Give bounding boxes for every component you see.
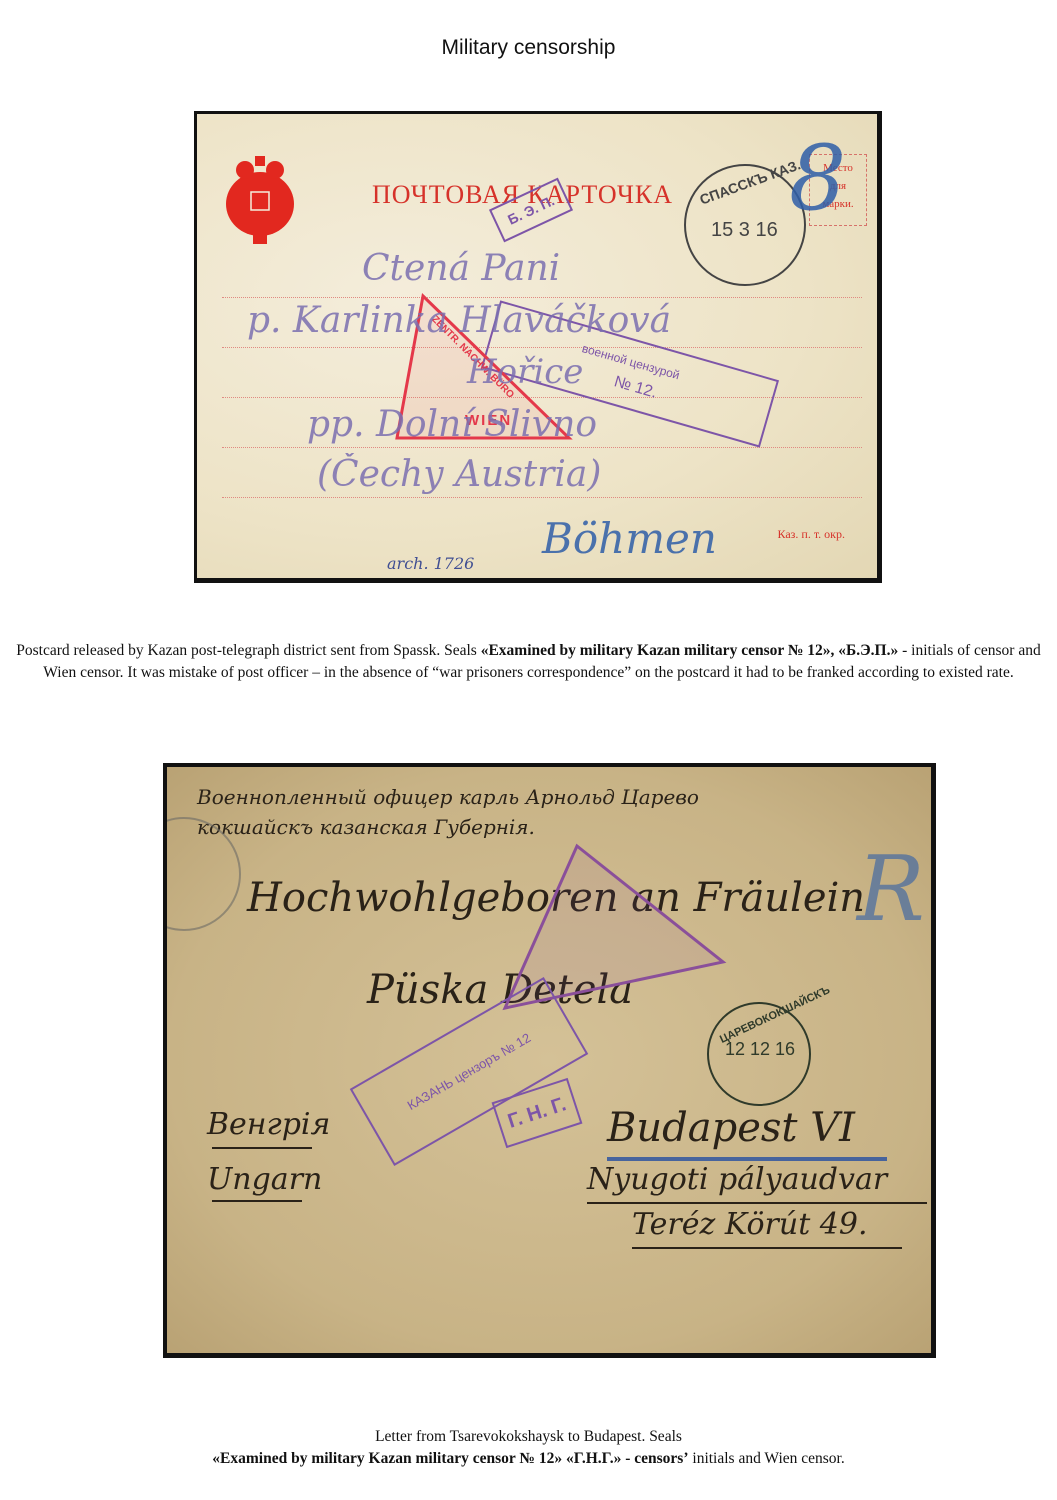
caption-bold: «Examined by military Kazan military cen… (212, 1450, 688, 1467)
postcard-caption: Postcard released by Kazan post-telegrap… (0, 640, 1057, 684)
address-line: Budapest VI (607, 1105, 855, 1151)
caption-text: Postcard released by Kazan post-telegrap… (16, 642, 480, 659)
address-line: Teréz Körút 49. (632, 1207, 868, 1242)
wien-censor-triangle (487, 842, 727, 1012)
underline (632, 1247, 902, 1249)
underline (587, 1202, 927, 1204)
address-rule (222, 497, 862, 498)
address-line: Ctená Pani (362, 248, 560, 289)
blue-registration-mark: R (857, 837, 925, 942)
caption-text: initials and Wien censor. (689, 1450, 845, 1467)
blue-underline (607, 1157, 887, 1161)
underline (212, 1200, 302, 1202)
postmark-date: 12 12 16 (725, 1039, 795, 1060)
postmark-date: 15 3 16 (711, 219, 778, 242)
blue-pencil-mark: 8 (789, 126, 846, 231)
address-line: pp. Dolní Slivno (307, 404, 597, 445)
caption-bold: «Examined by military Kazan military cen… (481, 642, 899, 659)
country-line: Венгрія (207, 1107, 330, 1142)
caption-line: Letter from Tsarevokokshaysk to Budapest… (0, 1426, 1057, 1448)
envelope: Военнопленный офицер карль Арнольд Царев… (167, 767, 931, 1353)
envelope-image: Военнопленный офицер карль Арнольд Царев… (163, 763, 936, 1358)
address-line: Böhmen (542, 514, 717, 563)
country-line: Ungarn (207, 1162, 322, 1197)
address-line: p. Karlinka Hlaváčková (247, 300, 671, 341)
address-line: Hořice (467, 352, 583, 392)
address-line: (Čechy Austria) (317, 454, 601, 495)
postcard: ПОЧТОВАЯ КАРТОЧКА Место для марки. 15 3 … (197, 114, 877, 578)
underline (212, 1147, 312, 1149)
double-headed-eagle-icon (221, 154, 299, 246)
postcard-image: ПОЧТОВАЯ КАРТОЧКА Место для марки. 15 3 … (194, 111, 882, 583)
address-line: Nyugoti pályaudvar (587, 1162, 887, 1197)
sender-line: Военнопленный офицер карль Арнольд Царев… (197, 785, 699, 809)
sender-line: кокшайскъ казанская Губернія. (197, 815, 535, 839)
archive-note: arch. 1726 (387, 554, 474, 573)
address-rule (222, 447, 862, 448)
postal-district: Каз. п. т. окр. (777, 527, 845, 542)
page-title: Military censorship (0, 36, 1057, 60)
envelope-caption: Letter from Tsarevokokshaysk to Budapest… (0, 1426, 1057, 1470)
